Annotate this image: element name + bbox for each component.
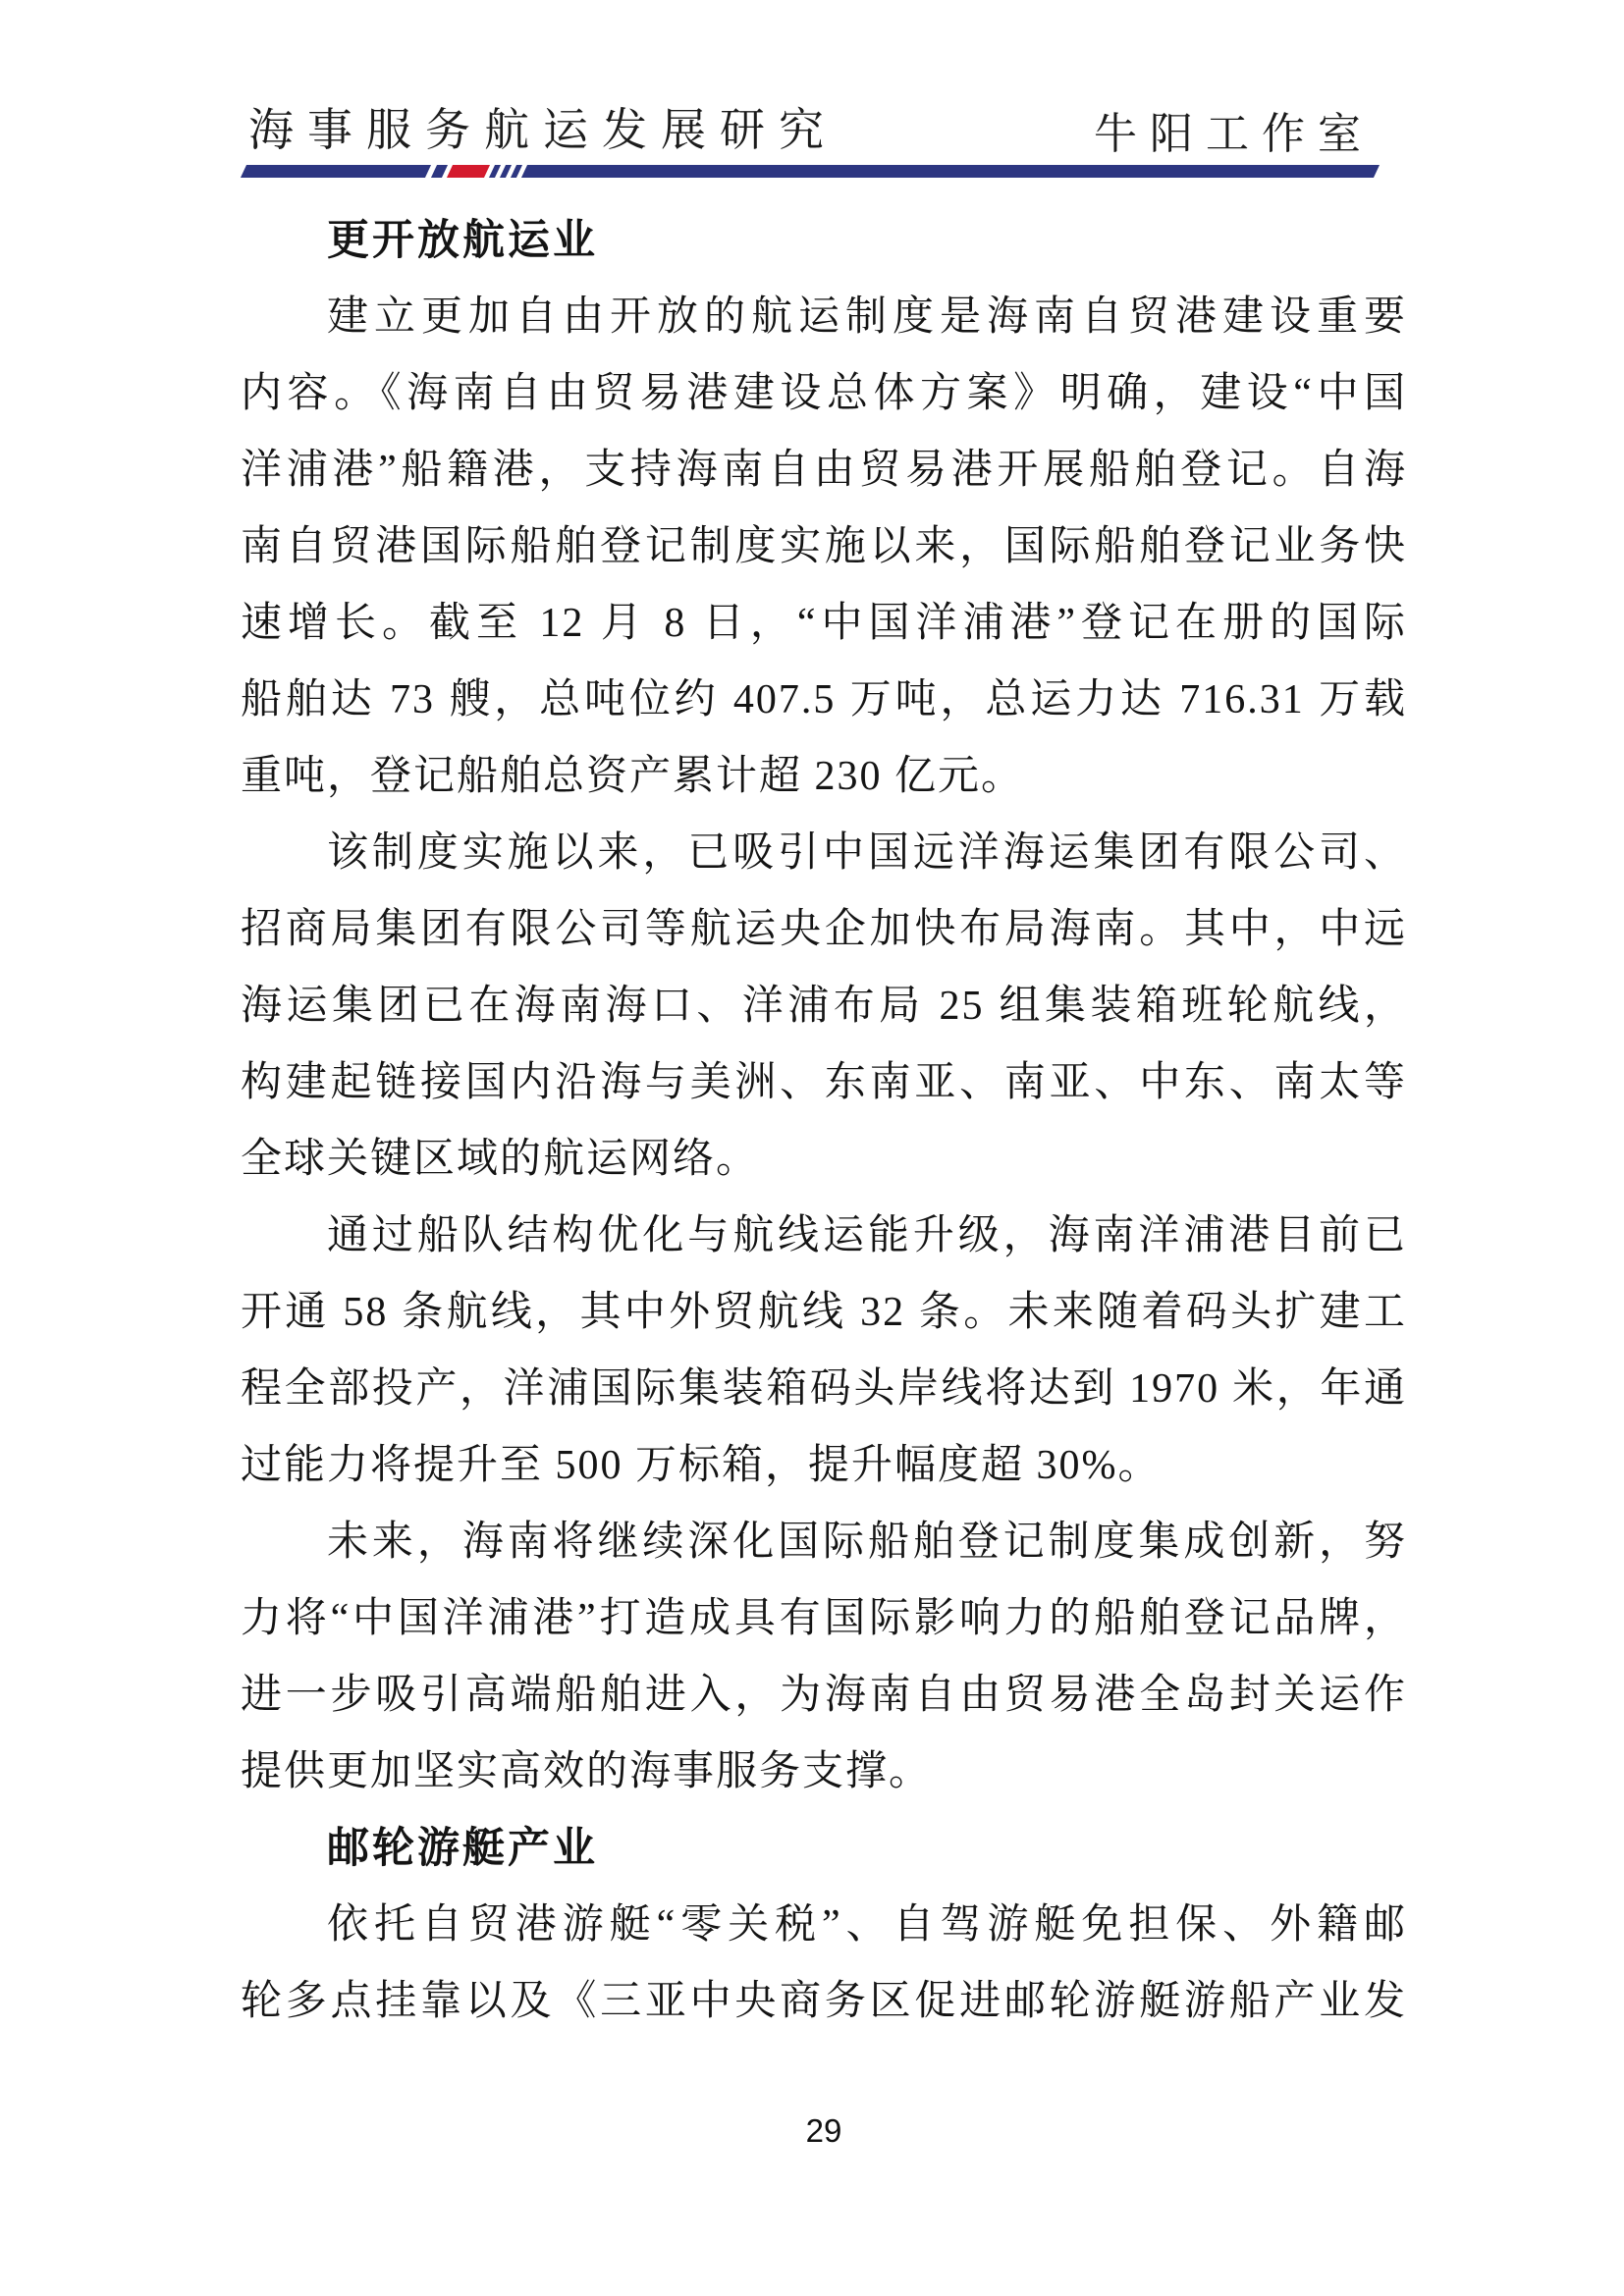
text-line: 洋浦港”船籍港，支持海南自由贸易港开展船舶登记。自海 xyxy=(241,432,1407,508)
text-line: 海运集团已在海南海口、洋浦布局 25 组集装箱班轮航线， xyxy=(241,968,1407,1044)
page-number: 29 xyxy=(241,2112,1407,2150)
text-line: 未来，海南将继续深化国际船舶登记制度集成创新，努 xyxy=(241,1504,1407,1580)
text-line: 提供更加坚实高效的海事服务支撑。 xyxy=(241,1734,1407,1810)
rule-stripe xyxy=(511,165,522,178)
text-line: 开通 58 条航线，其中外贸航线 32 条。未来随着码头扩建工 xyxy=(241,1274,1407,1351)
rule-left-segment xyxy=(241,165,431,178)
text-line: 重吨，登记船舶总资产累计超 230 亿元。 xyxy=(241,738,1407,815)
text-line: 构建起链接国内沿海与美洲、东南亚、南亚、中东、南太等 xyxy=(241,1044,1407,1121)
text-line: 南自贸港国际船舶登记制度实施以来，国际船舶登记业务快 xyxy=(241,508,1407,585)
text-line: 轮多点挂靠以及《三亚中央商务区促进邮轮游艇游船产业发 xyxy=(241,1963,1407,2040)
text-line: 进一步吸引高端船舶进入，为海南自由贸易港全岛封关运作 xyxy=(241,1657,1407,1734)
section-heading-1: 更开放航运业 xyxy=(241,202,1407,279)
text-line: 建立更加自由开放的航运制度是海南自贸港建设重要 xyxy=(241,279,1407,355)
text-line: 通过船队结构优化与航线运能升级，海南洋浦港目前已 xyxy=(241,1198,1407,1274)
rule-stripe xyxy=(500,165,512,178)
document-page: 海事服务航运发展研究 牛阳工作室 更开放航运业 建立更加自由开放的航运制度是海南… xyxy=(0,0,1624,2296)
header-left-title: 海事服务航运发展研究 xyxy=(248,94,838,159)
text-line: 招商局集团有限公司等航运央企加快布局海南。其中，中远 xyxy=(241,891,1407,968)
rule-red-accent xyxy=(447,165,490,178)
header-rule xyxy=(244,165,1377,178)
rule-right-segment xyxy=(521,165,1380,178)
text-line: 力将“中国洋浦港”打造成具有国际影响力的船舶登记品牌， xyxy=(241,1580,1407,1657)
body-text: 更开放航运业 建立更加自由开放的航运制度是海南自贸港建设重要 内容。《海南自由贸… xyxy=(241,202,1407,2040)
text-line: 船舶达 73 艘，总吨位约 407.5 万吨，总运力达 716.31 万载 xyxy=(241,662,1407,738)
text-line: 过能力将提升至 500 万标箱，提升幅度超 30%。 xyxy=(241,1427,1407,1504)
text-line: 速增长。截至 12 月 8 日，“中国洋浦港”登记在册的国际 xyxy=(241,585,1407,662)
text-line: 程全部投产，洋浦国际集装箱码头岸线将达到 1970 米，年通 xyxy=(241,1351,1407,1427)
text-line: 依托自贸港游艇“零关税”、自驾游艇免担保、外籍邮 xyxy=(241,1887,1407,1963)
text-line: 该制度实施以来，已吸引中国远洋海运集团有限公司、 xyxy=(241,815,1407,891)
rule-stripe xyxy=(489,165,501,178)
header-right-title: 牛阳工作室 xyxy=(1094,98,1374,161)
rule-navy-sliver xyxy=(431,165,448,178)
text-line: 内容。《海南自由贸易港建设总体方案》明确，建设“中国 xyxy=(241,355,1407,432)
section-heading-2: 邮轮游艇产业 xyxy=(241,1810,1407,1887)
text-line: 全球关键区域的航运网络。 xyxy=(241,1121,1407,1198)
